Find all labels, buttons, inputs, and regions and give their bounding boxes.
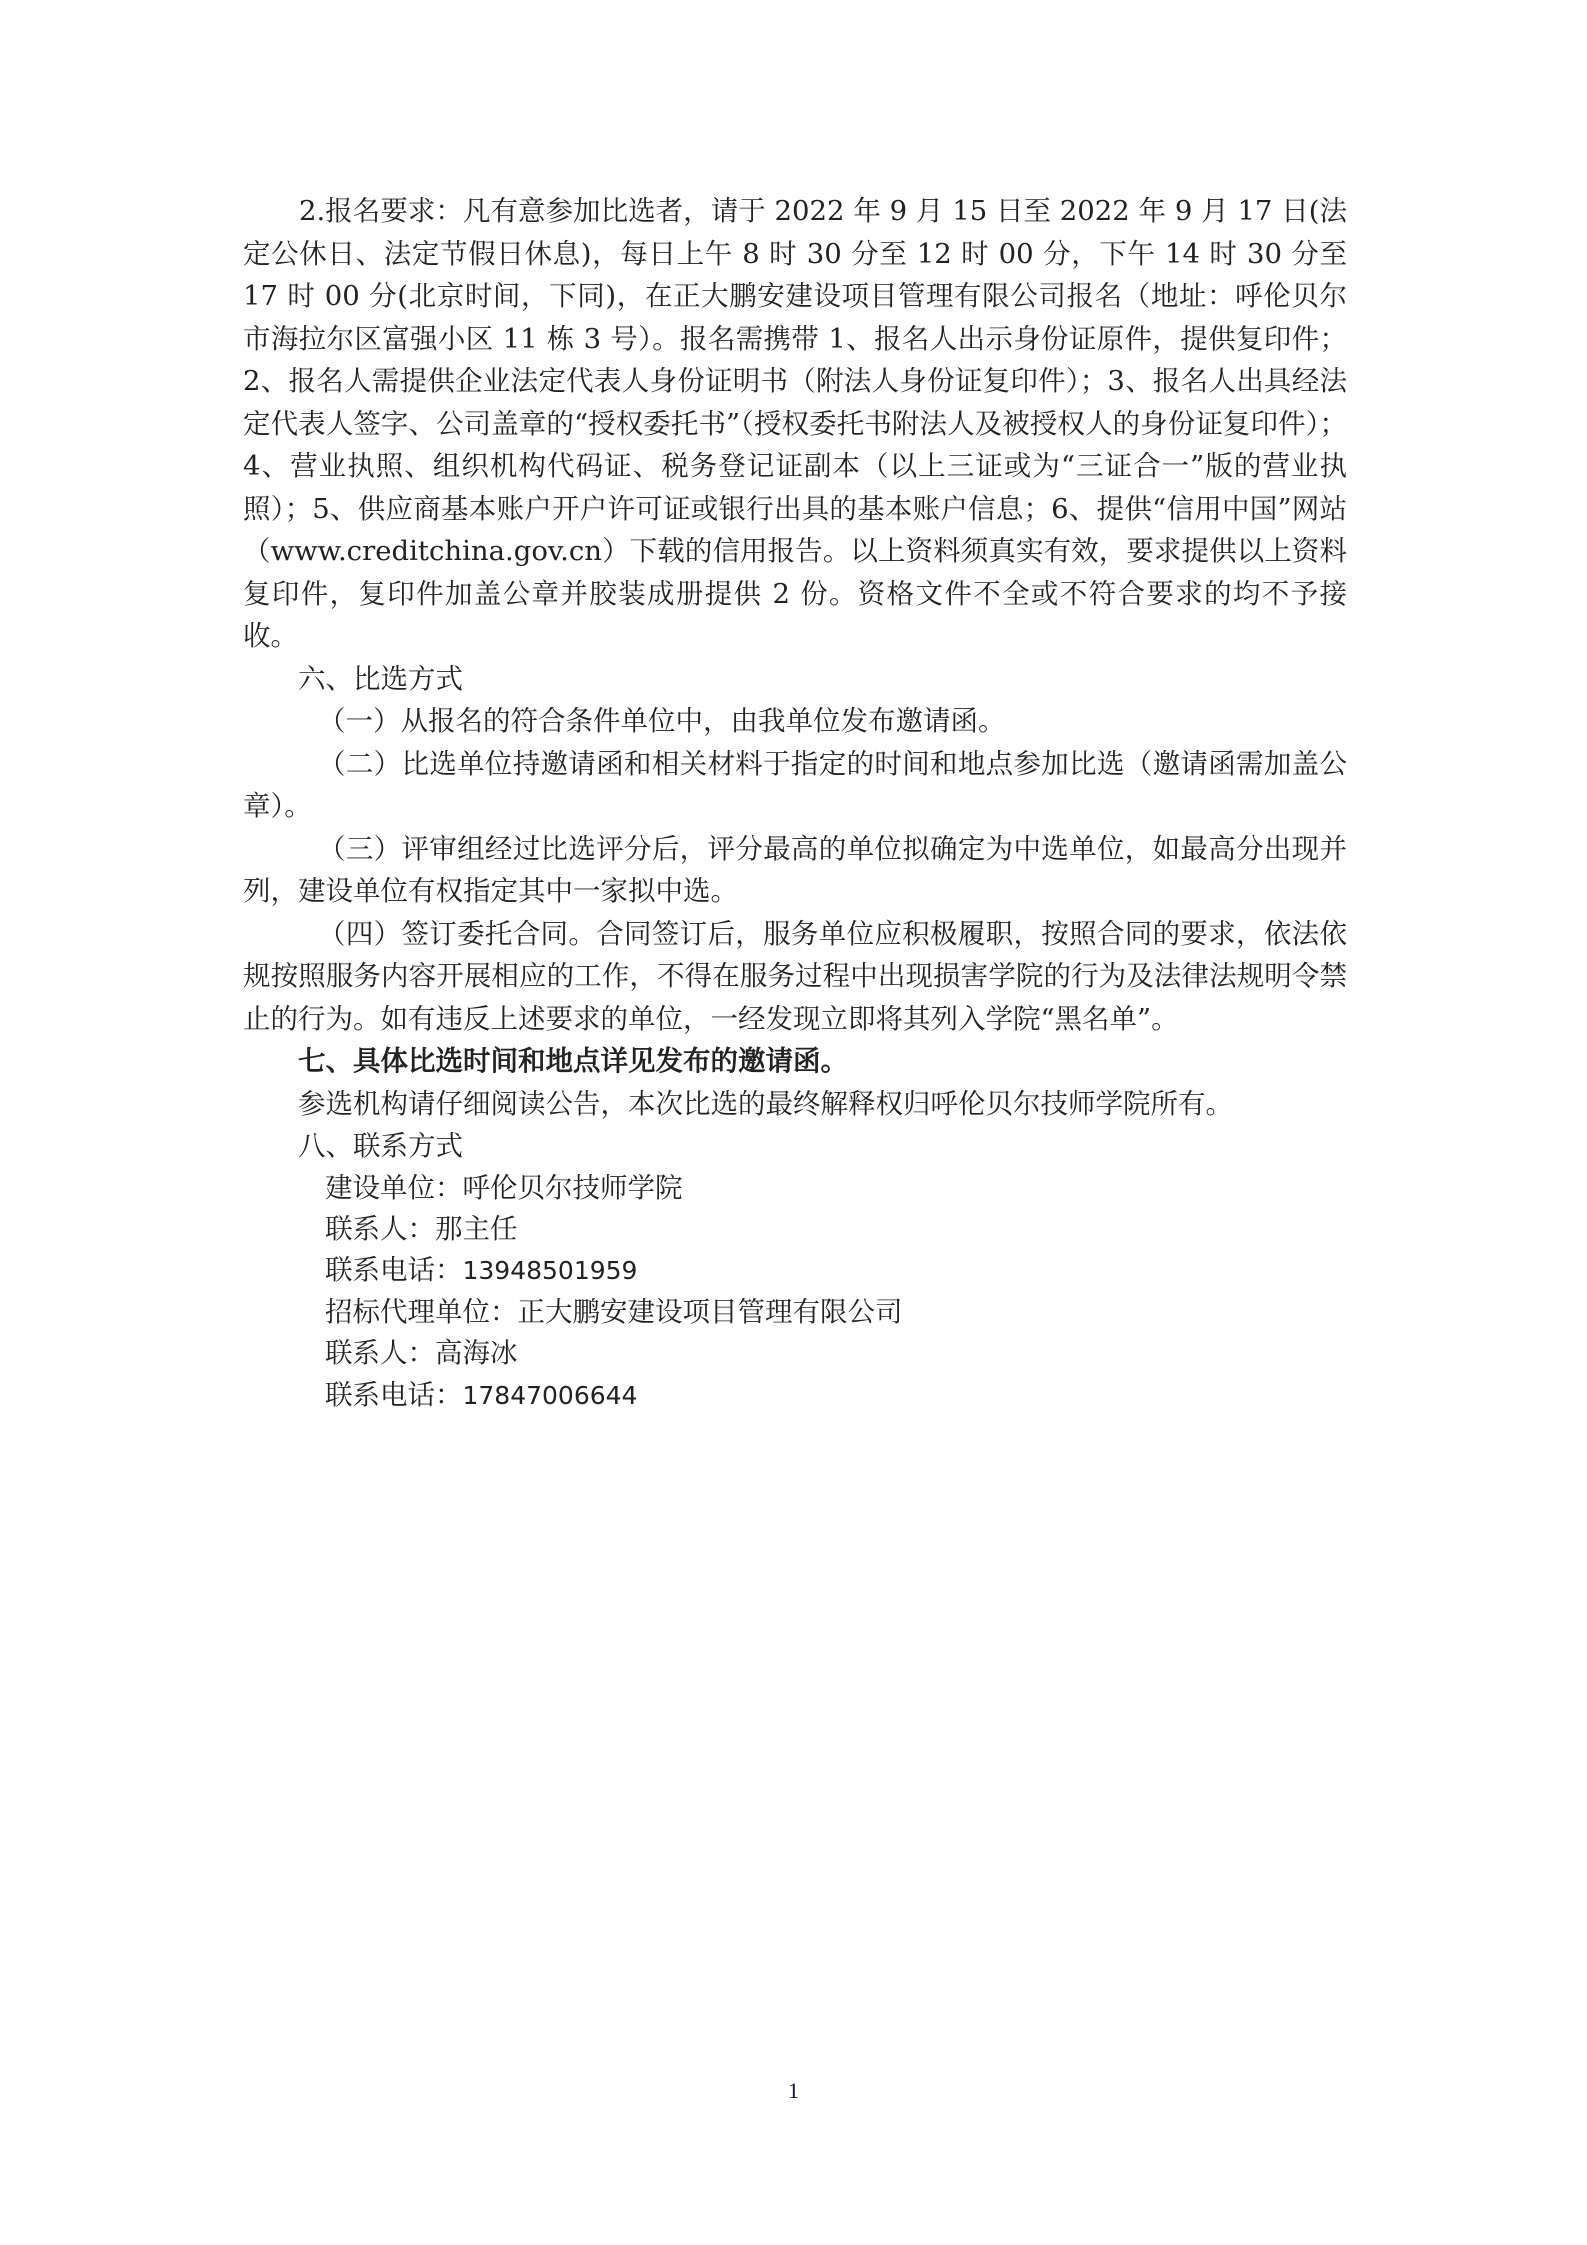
contact-phone-number: 13948501959 bbox=[463, 1256, 638, 1285]
contact-agency-phone: 联系电话：17847006644 bbox=[243, 1375, 1347, 1416]
section-8-heading: 八、联系方式 bbox=[243, 1125, 1347, 1168]
contact-list: 建设单位：呼伦贝尔技师学院 联系人：那主任 联系电话：13948501959 招… bbox=[243, 1168, 1347, 1416]
contact-value: 那主任 bbox=[435, 1213, 518, 1245]
contact-label: 联系电话： bbox=[325, 1379, 463, 1411]
section-6-item-4: （四）签订委托合同。合同签订后，服务单位应积极履职，按照合同的要求，依法依规按照… bbox=[243, 913, 1347, 1041]
section-6-item-1: （一）从报名的符合条件单位中，由我单位发布邀请函。 bbox=[243, 700, 1347, 743]
contact-label: 联系人： bbox=[325, 1213, 435, 1245]
contact-owner-phone: 联系电话：13948501959 bbox=[243, 1250, 1347, 1291]
section-6-item-2: （二）比选单位持邀请函和相关材料于指定的时间和地点参加比选（邀请函需加盖公章）。 bbox=[243, 743, 1347, 828]
contact-agency-unit: 招标代理单位：正大鹏安建设项目管理有限公司 bbox=[243, 1292, 1347, 1333]
contact-value: 高海冰 bbox=[435, 1337, 518, 1369]
section-7-note: 参选机构请仔细阅读公告，本次比选的最终解释权归呼伦贝尔技师学院所有。 bbox=[243, 1083, 1347, 1126]
contact-owner-unit: 建设单位：呼伦贝尔技师学院 bbox=[243, 1168, 1347, 1209]
document-page: 2.报名要求：凡有意参加比选者，请于 2022 年 9 月 15 日至 2022… bbox=[243, 190, 1347, 1416]
registration-requirements-paragraph: 2.报名要求：凡有意参加比选者，请于 2022 年 9 月 15 日至 2022… bbox=[243, 190, 1347, 658]
contact-value: 呼伦贝尔技师学院 bbox=[463, 1172, 683, 1204]
section-7-heading: 七、具体比选时间和地点详见发布的邀请函。 bbox=[243, 1040, 1347, 1083]
section-6-item-3: （三）评审组经过比选评分后，评分最高的单位拟确定为中选单位，如最高分出现并列，建… bbox=[243, 828, 1347, 913]
contact-owner-person: 联系人：那主任 bbox=[243, 1209, 1347, 1250]
contact-label: 联系人： bbox=[325, 1337, 435, 1369]
contact-label: 招标代理单位： bbox=[325, 1296, 518, 1328]
section-6-heading: 六、比选方式 bbox=[243, 658, 1347, 701]
page-number: 1 bbox=[0, 2078, 1587, 2104]
contact-agency-person: 联系人：高海冰 bbox=[243, 1333, 1347, 1374]
contact-label: 联系电话： bbox=[325, 1254, 463, 1286]
contact-label: 建设单位： bbox=[325, 1172, 463, 1204]
contact-phone-number: 17847006644 bbox=[463, 1381, 638, 1410]
contact-value: 正大鹏安建设项目管理有限公司 bbox=[518, 1296, 903, 1328]
